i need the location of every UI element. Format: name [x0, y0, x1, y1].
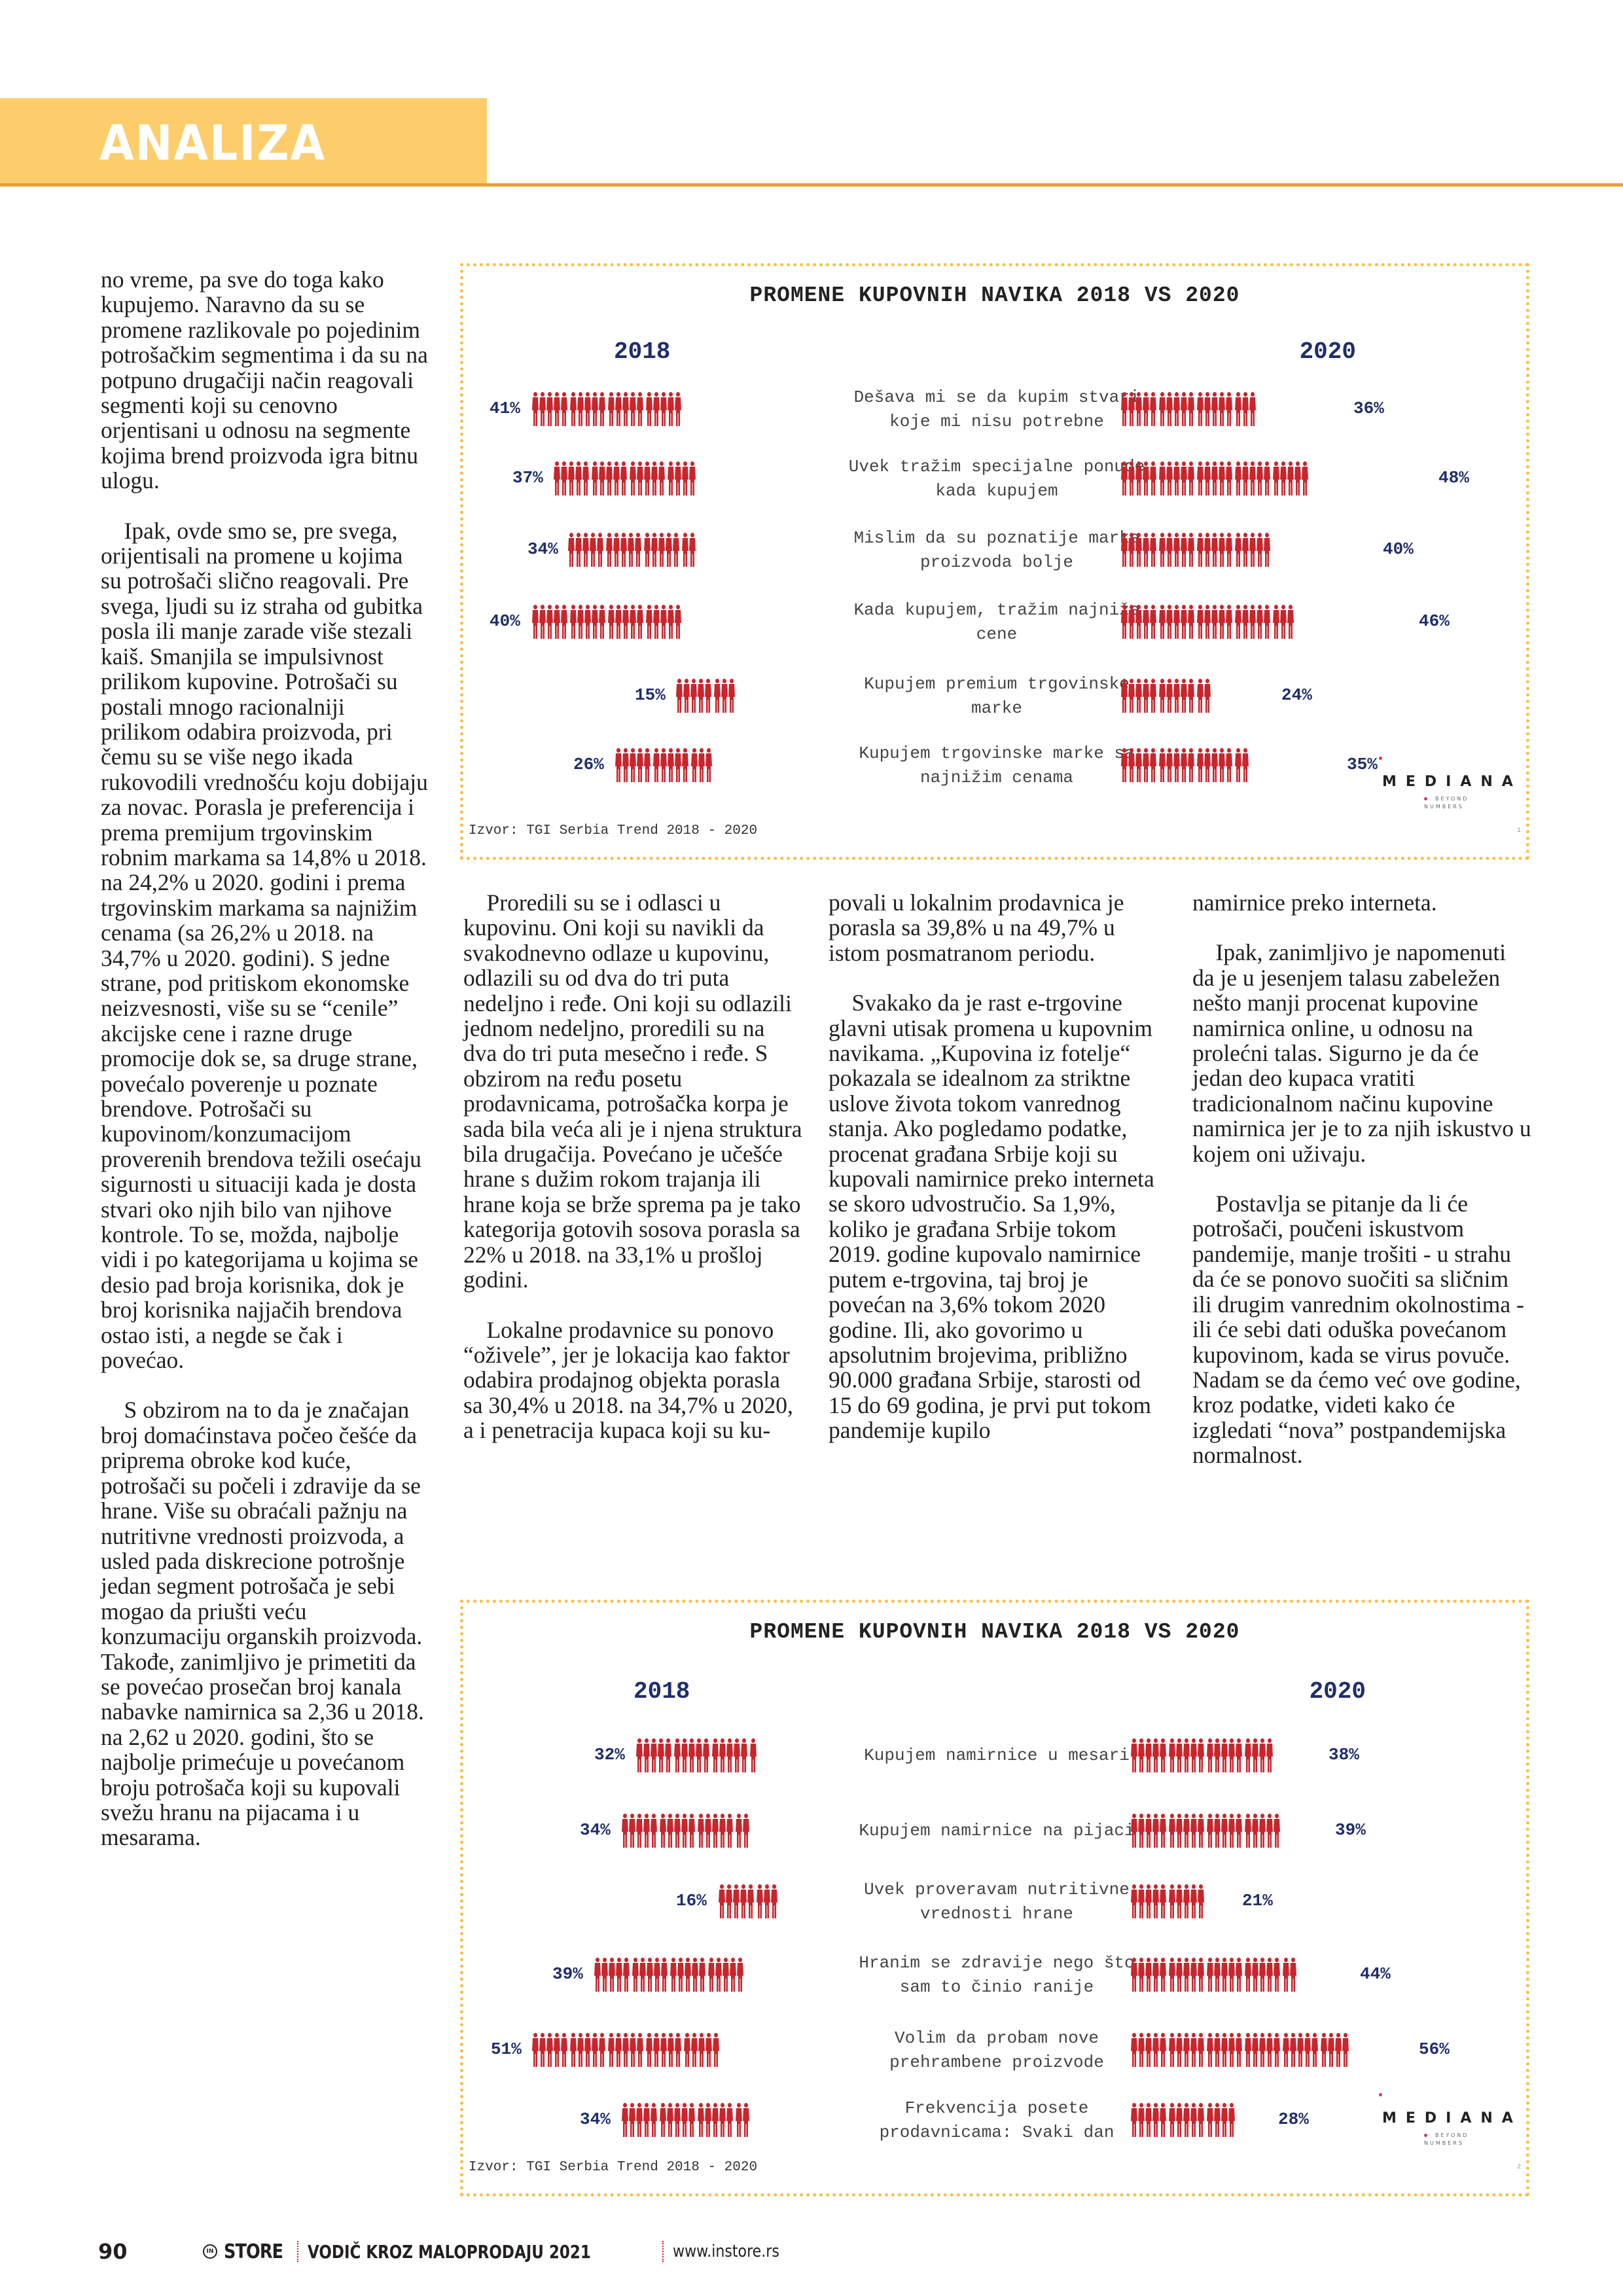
person-icon [1221, 1814, 1228, 1848]
person-icon [1242, 533, 1249, 567]
person-icon [747, 1884, 754, 1918]
person-icon [1169, 1814, 1175, 1848]
pct-2018: 40% [490, 611, 520, 631]
person-icon [1190, 2033, 1197, 2067]
person-icon [568, 461, 575, 495]
person-icon [630, 748, 636, 782]
person-icon [1181, 392, 1187, 426]
pct-2020: 35% [1347, 755, 1378, 774]
person-icon [1198, 1738, 1204, 1772]
person-icon [1252, 2033, 1258, 2067]
person-icon [1245, 1738, 1251, 1772]
person-icon [676, 679, 683, 713]
person-icon [637, 2033, 643, 2067]
person-icon [651, 2103, 657, 2137]
chart-row: 34% Kupujem namirnice na pijaci 39% [463, 1806, 1526, 1858]
person-icon [1169, 2103, 1175, 2137]
person-icon [1249, 392, 1256, 426]
person-icon [1183, 1738, 1190, 1772]
person-icon [637, 392, 643, 426]
person-icon [1128, 533, 1135, 567]
person-icon [592, 2033, 598, 2067]
person-icon [677, 1958, 684, 1992]
person-icon [1173, 605, 1180, 639]
person-icon [630, 392, 636, 426]
people-icons-2020 [1131, 1814, 1280, 1848]
person-icon [653, 748, 660, 782]
people-icons-2020 [1121, 605, 1294, 639]
person-icon [1173, 533, 1180, 567]
infographic-shopping-habits-1: PROMENE KUPOVNIH NAVIKA 2018 VS 2020 201… [460, 263, 1529, 860]
person-icon [1235, 748, 1241, 782]
person-icon [674, 2103, 681, 2137]
pct-2018: 51% [491, 2039, 522, 2059]
person-icon [1204, 533, 1211, 567]
person-icon [1183, 1884, 1190, 1918]
chart-row: 32% Kupujem namirnice u mesari 38% [463, 1731, 1526, 1783]
person-icon [1138, 1884, 1145, 1918]
person-icon [721, 679, 728, 713]
person-icon [606, 461, 613, 495]
person-icon [660, 605, 667, 639]
person-icon [726, 2103, 733, 2137]
person-icon [1188, 605, 1194, 639]
person-icon [1152, 2103, 1159, 2137]
person-icon [532, 2033, 539, 2067]
person-icon [622, 748, 629, 782]
person-icon [1249, 605, 1256, 639]
person-icon [561, 461, 567, 495]
person-icon [714, 679, 721, 713]
person-icon [1190, 1814, 1197, 1848]
person-icon [1198, 1884, 1204, 1918]
person-icon [592, 461, 598, 495]
footer-separator [662, 2241, 664, 2262]
person-icon [661, 1958, 668, 1992]
person-icon [660, 392, 667, 426]
person-icon [1190, 1958, 1197, 1992]
person-icon [1207, 1958, 1213, 1992]
person-icon [1311, 2033, 1318, 2067]
person-icon [546, 2033, 553, 2067]
person-icon [1259, 1738, 1266, 1772]
person-icon [613, 533, 620, 567]
paragraph: Lokalne prodavnice su ponovo “oživele”, … [463, 1318, 804, 1443]
person-icon [651, 461, 658, 495]
person-icon [539, 605, 546, 639]
person-icon [741, 1738, 747, 1772]
person-icon [1150, 392, 1156, 426]
person-icon [699, 1958, 705, 1992]
person-icon [698, 2033, 705, 2067]
chart-row: 39% Hranim se zdravije nego što sam to č… [463, 1950, 1526, 2002]
person-icon [1204, 392, 1211, 426]
person-icon [1135, 392, 1142, 426]
person-icon [668, 2033, 674, 2067]
person-icon [1150, 533, 1156, 567]
person-icon [643, 1814, 650, 1848]
person-icon [1176, 1814, 1183, 1848]
person-icon [601, 1958, 608, 1992]
person-icon [1304, 2033, 1311, 2067]
person-icon [681, 2103, 688, 2137]
person-icon [1143, 392, 1149, 426]
person-icon [1181, 679, 1187, 713]
person-icon [615, 392, 622, 426]
pct-2020: 24% [1281, 685, 1312, 705]
person-icon [1221, 1958, 1228, 1992]
person-icon [539, 2033, 546, 2067]
person-icon [750, 1738, 757, 1772]
person-icon [1245, 1814, 1251, 1848]
person-icon [1266, 1814, 1273, 1848]
person-icon [1235, 605, 1241, 639]
person-icon [712, 2103, 719, 2137]
person-icon [674, 1814, 681, 1848]
person-icon [577, 2033, 584, 2067]
person-icon [1128, 392, 1135, 426]
people-icons-2020 [1121, 392, 1256, 426]
person-icon [632, 1958, 639, 1992]
person-icon [1152, 1884, 1159, 1918]
person-icon [1121, 679, 1128, 713]
person-icon [1219, 748, 1225, 782]
pct-2018: 37% [512, 468, 543, 488]
person-icon [730, 1958, 736, 1992]
pct-2020: 28% [1278, 2109, 1309, 2129]
person-icon [1214, 2103, 1221, 2137]
person-icon [615, 748, 622, 782]
person-icon [712, 1738, 719, 1772]
person-icon [690, 679, 697, 713]
person-icon [1274, 2033, 1280, 2067]
person-icon [637, 748, 643, 782]
person-icon [613, 461, 620, 495]
pct-2018: 15% [635, 685, 666, 705]
person-icon [660, 2103, 666, 2137]
person-icon [1221, 2103, 1228, 2137]
pct-2018: 41% [490, 399, 520, 418]
person-icon [1264, 461, 1270, 495]
person-icon [743, 1814, 749, 1848]
person-icon [675, 2033, 681, 2067]
person-icon [1226, 461, 1232, 495]
person-icon [1173, 748, 1180, 782]
person-icon [733, 1884, 740, 1918]
person-icon [636, 1738, 643, 1772]
person-icon [1143, 461, 1149, 495]
person-icon [1135, 461, 1142, 495]
row-label: Hranim se zdravije nego što sam to činio… [813, 1951, 1180, 2000]
person-icon [568, 533, 575, 567]
person-icon [1198, 1814, 1204, 1848]
chart-title: PROMENE KUPOVNIH NAVIKA 2018 VS 2020 [463, 1620, 1526, 1644]
person-icon [705, 2033, 712, 2067]
year-label-2018: 2018 [614, 338, 670, 365]
person-icon [668, 461, 674, 495]
pct-2020: 44% [1360, 1964, 1391, 1984]
person-icon [554, 605, 560, 639]
person-icon [1166, 533, 1173, 567]
person-icon [1266, 2033, 1273, 2067]
person-icon [740, 1884, 747, 1918]
person-icon [1211, 748, 1218, 782]
person-icon [1294, 461, 1301, 495]
person-icon [719, 1884, 725, 1918]
person-icon [1236, 1814, 1242, 1848]
instore-logo-icon: IN [203, 2244, 217, 2259]
paragraph: Postavlja se pitanje da li će potrošači,… [1192, 1191, 1533, 1467]
person-icon [628, 533, 634, 567]
person-icon [646, 2033, 652, 2067]
person-icon [658, 461, 665, 495]
person-icon [532, 392, 539, 426]
person-icon [736, 2103, 742, 2137]
person-icon [1135, 679, 1142, 713]
pct-2018: 16% [676, 1891, 707, 1910]
person-icon [1236, 1738, 1242, 1772]
person-icon [1159, 679, 1166, 713]
person-icon [1259, 1814, 1266, 1848]
person-icon [743, 2103, 749, 2137]
person-icon [705, 679, 711, 713]
person-icon [608, 2033, 615, 2067]
person-icon [647, 1958, 653, 1992]
person-icon [682, 461, 688, 495]
person-icon [705, 2103, 711, 2137]
person-icon [682, 533, 688, 567]
person-icon [1138, 1814, 1145, 1848]
person-icon [1169, 1738, 1175, 1772]
people-icons-2018 [532, 605, 681, 639]
person-icon [1188, 748, 1194, 782]
person-icon [1235, 392, 1241, 426]
person-icon [668, 748, 674, 782]
person-icon [584, 392, 591, 426]
person-icon [1131, 1884, 1137, 1918]
person-icon [1204, 748, 1211, 782]
person-icon [1145, 2103, 1152, 2137]
person-icon [629, 2103, 635, 2137]
person-icon [622, 392, 629, 426]
person-icon [1169, 2033, 1175, 2067]
person-icon [651, 533, 658, 567]
chart-source: Izvor: TGI Serbia Trend 2018 - 2020 [469, 2160, 757, 2175]
person-icon [592, 605, 598, 639]
person-icon [1143, 748, 1149, 782]
person-icon [1252, 1738, 1258, 1772]
person-icon [1290, 2033, 1296, 2067]
person-icon [1274, 1958, 1280, 1992]
section-title: ANALIZA [99, 115, 326, 171]
pct-2020: 56% [1419, 2039, 1450, 2059]
person-icon [1197, 392, 1204, 426]
person-icon [1145, 1958, 1152, 1992]
person-icon [1131, 2103, 1137, 2137]
person-icon [622, 2033, 629, 2067]
person-icon [608, 605, 615, 639]
mediana-logo: MEDIANA BEYOND NUMBERS [1382, 774, 1507, 811]
person-icon [1242, 605, 1249, 639]
person-icon [1188, 392, 1194, 426]
people-icons-2020 [1121, 748, 1249, 782]
person-icon [1259, 1958, 1266, 1992]
person-icon [1181, 461, 1187, 495]
article-column-4: namirnice preko interneta. Ipak, zanimlj… [1192, 890, 1533, 1468]
person-icon [1143, 679, 1149, 713]
person-icon [630, 2033, 636, 2067]
person-icon [688, 1814, 695, 1848]
pct-2020: 21% [1242, 1891, 1273, 1910]
person-icon [1211, 461, 1218, 495]
person-icon [1152, 1738, 1159, 1772]
person-icon [599, 392, 605, 426]
person-icon [1245, 1958, 1251, 1992]
person-icon [691, 2033, 698, 2067]
mediana-logo: MEDIANA BEYOND NUMBERS [1382, 2110, 1507, 2147]
person-icon [554, 461, 560, 495]
person-icon [644, 748, 651, 782]
person-icon [1121, 748, 1128, 782]
person-icon [1221, 2033, 1228, 2067]
person-icon [1321, 2033, 1327, 2067]
person-icon [1302, 461, 1308, 495]
person-icon [1290, 1958, 1296, 1992]
person-icon [1197, 461, 1204, 495]
person-icon [639, 1958, 646, 1992]
person-icon [644, 533, 651, 567]
person-icon [1188, 679, 1194, 713]
person-icon [608, 392, 615, 426]
person-icon [1160, 2033, 1166, 2067]
row-label: Kupujem namirnice na pijaci [813, 1819, 1180, 1843]
person-icon [620, 461, 627, 495]
person-icon [1181, 533, 1187, 567]
pct-2020: 48% [1438, 468, 1469, 488]
person-icon [1242, 461, 1249, 495]
people-icons-2018 [554, 461, 696, 495]
person-icon [1159, 605, 1166, 639]
person-icon [757, 1884, 763, 1918]
person-icon [1173, 392, 1180, 426]
person-icon [643, 1738, 650, 1772]
person-icon [1219, 533, 1225, 567]
person-icon [1128, 679, 1135, 713]
chart-row: 16% Uvek proveravam nutritivne vrednosti… [463, 1876, 1526, 1929]
person-icon [599, 2033, 605, 2067]
person-icon [635, 533, 641, 567]
person-icon [1138, 1738, 1145, 1772]
row-label: Volim da probam nove prehrambene proizvo… [813, 2026, 1180, 2075]
people-icons-2018 [568, 533, 696, 567]
person-icon [681, 1738, 688, 1772]
person-icon [1173, 679, 1180, 713]
person-icon [689, 461, 696, 495]
footer-separator [297, 2241, 298, 2262]
person-icon [708, 1958, 715, 1992]
pct-2020: 46% [1419, 611, 1450, 631]
person-icon [1128, 605, 1135, 639]
person-icon [713, 2033, 719, 2067]
person-icon [1183, 1958, 1190, 1992]
person-icon [1183, 1814, 1190, 1848]
person-icon [1183, 2033, 1190, 2067]
person-icon [696, 1738, 702, 1772]
person-icon [1160, 1884, 1166, 1918]
pct-2018: 39% [552, 1964, 583, 1984]
person-icon [1138, 2033, 1145, 2067]
person-icon [570, 2033, 577, 2067]
people-icons-2018 [532, 2033, 719, 2067]
chart-row: 41% Dešava mi se da kupim stvari koje mi… [463, 384, 1526, 437]
person-icon [667, 2103, 673, 2137]
person-icon [1198, 2103, 1204, 2137]
person-icon [737, 1958, 743, 1992]
person-icon [1273, 605, 1279, 639]
person-icon [1159, 533, 1166, 567]
person-icon [1335, 2033, 1342, 2067]
person-icon [1197, 679, 1204, 713]
article-column-left: no vreme, pa sve do toga kako kupujemo. … [101, 267, 428, 1850]
person-icon [1249, 461, 1256, 495]
person-icon [653, 605, 660, 639]
person-icon [660, 748, 667, 782]
website-link[interactable]: www.instore.rs [673, 2242, 779, 2261]
person-icon [1131, 1814, 1137, 1848]
person-icon [1173, 461, 1180, 495]
person-icon [1166, 605, 1173, 639]
person-icon [1176, 1958, 1183, 1992]
person-icon [681, 1814, 688, 1848]
person-icon [1188, 533, 1194, 567]
chart-row: 37% Uvek tražim specijalne ponude kada k… [463, 454, 1526, 506]
person-icon [1169, 1884, 1175, 1918]
person-icon [1128, 461, 1135, 495]
slide-number: 2 [1517, 2164, 1521, 2171]
person-icon [584, 2033, 591, 2067]
person-icon [736, 1814, 742, 1848]
year-label-2018: 2018 [633, 1678, 690, 1705]
person-icon [561, 392, 567, 426]
person-icon [668, 392, 674, 426]
person-icon [651, 1814, 657, 1848]
person-icon [1188, 461, 1194, 495]
pct-2018: 34% [580, 1820, 611, 1840]
person-icon [582, 533, 589, 567]
person-icon [1169, 1958, 1175, 1992]
person-icon [1204, 605, 1211, 639]
paragraph: Proredili su se i odlasci u kupovinu. On… [463, 890, 804, 1293]
person-icon [660, 2033, 667, 2067]
person-icon [651, 1738, 657, 1772]
person-icon [1228, 1738, 1235, 1772]
person-icon [1259, 2033, 1266, 2067]
infographic-shopping-habits-2: PROMENE KUPOVNIH NAVIKA 2018 VS 2020 201… [460, 1600, 1529, 2197]
person-icon [1145, 1884, 1152, 1918]
person-icon [1207, 1814, 1213, 1848]
person-icon [1264, 605, 1270, 639]
person-icon [1150, 679, 1156, 713]
person-icon [1131, 1738, 1137, 1772]
year-label-2020: 2020 [1310, 1678, 1366, 1705]
people-icons-2018 [636, 1738, 757, 1772]
person-icon [688, 1738, 695, 1772]
person-icon [1228, 2103, 1235, 2137]
person-icon [1166, 461, 1173, 495]
person-icon [1166, 679, 1173, 713]
person-icon [673, 533, 679, 567]
person-icon [637, 605, 643, 639]
